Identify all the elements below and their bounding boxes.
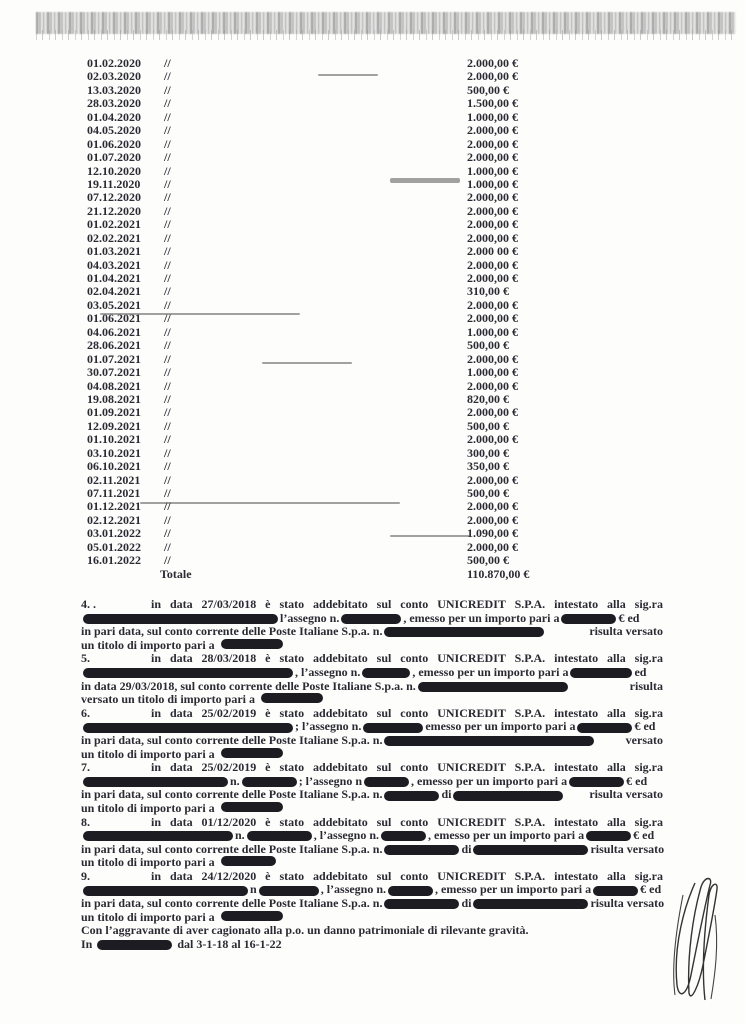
- redaction: [221, 639, 283, 649]
- redaction: [381, 831, 426, 841]
- payment-amount: 2.000,00 €: [467, 232, 518, 245]
- text: , l’assegno n.: [314, 828, 379, 842]
- redaction: [570, 668, 632, 678]
- redaction: [561, 614, 616, 624]
- payment-date: 28.06.2021: [87, 339, 157, 352]
- redaction: [221, 748, 283, 758]
- payment-amount: 500,00 €: [467, 554, 509, 567]
- payment-date: 02.11.2021: [87, 474, 157, 487]
- payment-separator: //: [164, 366, 171, 379]
- text: n: [250, 882, 257, 896]
- payment-amount: 1.000,00 €: [467, 111, 518, 124]
- payment-amount: 2.000,00 €: [467, 474, 518, 487]
- charge-paragraph-6: 6.in data 25/02/2019 è stato addebitato …: [81, 707, 663, 761]
- scan-speck: [100, 313, 300, 315]
- redaction: [83, 668, 293, 678]
- payment-date: 03.10.2021: [87, 447, 157, 460]
- payment-amount: 2.000,00 €: [467, 151, 518, 164]
- charge-paragraph-8: 8.in data 01/12/2020 è stato addebitato …: [81, 816, 663, 870]
- redaction: [384, 899, 459, 909]
- location-period: In dal 3-1-18 al 16-1-22: [81, 938, 663, 952]
- payment-amount: 1.000,00 €: [467, 165, 518, 178]
- text: , emesso per un importo pari a: [428, 828, 584, 842]
- payment-separator: //: [164, 474, 171, 487]
- payment-date: 01.06.2020: [87, 138, 157, 151]
- charge-number: 4. .: [81, 598, 151, 612]
- scan-speck: [140, 502, 400, 504]
- payment-separator: //: [164, 487, 171, 500]
- payment-amount: 2.000,00 €: [467, 514, 518, 527]
- payment-separator: //: [164, 97, 171, 110]
- location-prefix: In: [81, 937, 92, 951]
- scan-header-noise-lower: [36, 30, 736, 40]
- redaction: [83, 723, 293, 733]
- payment-amount: 2.000,00 €: [467, 433, 518, 446]
- payment-separator: //: [164, 339, 171, 352]
- payment-separator: //: [164, 541, 171, 554]
- text: € ed: [618, 611, 639, 625]
- charge-date-text: in data 24/12/2020 è stato addebitato su…: [151, 870, 663, 884]
- payment-separator: //: [164, 554, 171, 567]
- payment-amount: 350,00 €: [467, 460, 509, 473]
- payment-separator: //: [164, 393, 171, 406]
- payment-date: 02.03.2020: [87, 70, 157, 83]
- redaction: [363, 723, 423, 733]
- charge-paragraph-7: 7.in data 25/02/2019 è stato addebitato …: [81, 761, 663, 815]
- charge-number: 6.: [81, 707, 151, 721]
- text: risulta versato: [590, 897, 664, 911]
- payment-amount: 1.000,00 €: [467, 178, 518, 191]
- payment-date: 30.07.2021: [87, 366, 157, 379]
- scan-speck: [318, 74, 378, 76]
- redaction: [384, 845, 459, 855]
- redaction: [593, 886, 638, 896]
- payment-separator: //: [164, 353, 171, 366]
- payment-date: 01.10.2021: [87, 433, 157, 446]
- redaction: [384, 736, 594, 746]
- text: , emesso per un importo pari a: [403, 611, 559, 625]
- payment-date: 07.11.2021: [87, 487, 157, 500]
- text: un titolo di importo pari a: [81, 748, 215, 762]
- text: risulta versato: [589, 625, 663, 639]
- payment-separator: //: [164, 124, 171, 137]
- redaction: [83, 886, 248, 896]
- text: € ed: [633, 828, 654, 842]
- payment-date: 13.03.2020: [87, 84, 157, 97]
- payment-date: 04.06.2021: [87, 326, 157, 339]
- text: in pari data, sul conto corrente delle P…: [81, 787, 382, 801]
- text: , emesso per un importo pari a: [412, 665, 568, 679]
- redaction: [221, 911, 283, 921]
- redaction: [473, 845, 588, 855]
- text: , l’assegno n.: [321, 882, 386, 896]
- payment-date: 02.04.2021: [87, 285, 157, 298]
- redaction: [586, 831, 631, 841]
- aggravating-clause: Con l’aggravante di aver cagionato alla …: [81, 924, 663, 938]
- text: un titolo di importo pari a: [81, 911, 215, 925]
- text: n.: [235, 828, 245, 842]
- payment-amount: 2.000,00 €: [467, 299, 518, 312]
- text: ed: [634, 665, 646, 679]
- payment-amount: 310,00 €: [467, 285, 509, 298]
- charge-number: 8.: [81, 816, 151, 830]
- payment-date: 07.12.2020: [87, 191, 157, 204]
- text: versato un titolo di importo pari a: [81, 693, 255, 707]
- text: € ed: [634, 719, 655, 733]
- payment-date: 02.02.2021: [87, 232, 157, 245]
- payment-amount: 2.000,00 €: [467, 124, 518, 137]
- payment-separator: //: [164, 111, 171, 124]
- payment-separator: //: [164, 205, 171, 218]
- text: di: [461, 842, 471, 856]
- text: un titolo di importo pari a: [81, 802, 215, 816]
- text: , emesso per un importo pari a: [411, 774, 567, 788]
- payment-separator: //: [164, 514, 171, 527]
- payment-separator: //: [164, 232, 171, 245]
- payment-separator: //: [164, 447, 171, 460]
- payment-date: 06.10.2021: [87, 460, 157, 473]
- text: di: [441, 787, 451, 801]
- payment-amount: 1.500,00 €: [467, 97, 518, 110]
- total-label: Totale: [160, 568, 192, 581]
- payment-date: 01.02.2021: [87, 218, 157, 231]
- payment-separator: //: [164, 259, 171, 272]
- payment-amount: 2.000,00 €: [467, 406, 518, 419]
- redaction: [261, 693, 323, 703]
- redaction: [97, 940, 172, 950]
- redaction: [384, 627, 544, 637]
- scan-speck: [390, 535, 470, 537]
- payment-amount: 500,00 €: [467, 420, 509, 433]
- redaction: [221, 802, 283, 812]
- text: risulta: [630, 680, 663, 694]
- charge-date-text: in data 27/03/2018 è stato addebitato su…: [151, 598, 663, 612]
- payment-date: 04.05.2020: [87, 124, 157, 137]
- text: in pari data, sul conto corrente delle P…: [81, 842, 382, 856]
- payment-separator: //: [164, 420, 171, 433]
- payment-amount: 2.000,00 €: [467, 218, 518, 231]
- payment-date: 03.01.2022: [87, 527, 157, 540]
- payment-separator: //: [164, 299, 171, 312]
- payment-date: 01.07.2021: [87, 353, 157, 366]
- redaction: [83, 777, 228, 787]
- redaction: [362, 668, 410, 678]
- text: ; l’assegno n: [299, 774, 362, 788]
- text: in pari data, sul conto corrente delle P…: [81, 896, 382, 910]
- charge-paragraph-4: 4. .in data 27/03/2018 è stato addebitat…: [81, 598, 663, 652]
- payment-separator: //: [164, 70, 171, 83]
- charge-number: 9.: [81, 870, 151, 884]
- redaction: [577, 723, 632, 733]
- text: un titolo di importo pari a: [81, 639, 215, 653]
- payment-amount: 2.000,00 €: [467, 205, 518, 218]
- payment-separator: //: [164, 527, 171, 540]
- payment-separator: //: [164, 285, 171, 298]
- charge-date-text: in data 28/03/2018 è stato addebitato su…: [151, 652, 663, 666]
- payment-date: 12.09.2021: [87, 420, 157, 433]
- text: risulta versato: [589, 788, 663, 802]
- redaction: [473, 899, 588, 909]
- payment-separator: //: [164, 380, 171, 393]
- text: un titolo di importo pari a: [81, 856, 215, 870]
- payment-date: 01.02.2020: [87, 57, 157, 70]
- payment-date: 28.03.2020: [87, 97, 157, 110]
- payment-date: 03.05.2021: [87, 299, 157, 312]
- redaction: [384, 791, 439, 801]
- payment-date: 04.03.2021: [87, 259, 157, 272]
- handwritten-signature: [665, 875, 725, 1005]
- text: l’assegno n.: [280, 611, 339, 625]
- charges-section: 4. .in data 27/03/2018 è stato addebitat…: [81, 598, 663, 951]
- payment-separator: //: [164, 191, 171, 204]
- text: versato: [626, 734, 663, 748]
- text: ; l’assegno n.: [295, 719, 361, 733]
- payment-separator: //: [164, 460, 171, 473]
- charge-date-text: in data 25/02/2019 è stato addebitato su…: [151, 707, 663, 721]
- payment-amount: 2.000,00 €: [467, 138, 518, 151]
- payment-date: 01.09.2021: [87, 406, 157, 419]
- payment-date: 01.03.2021: [87, 245, 157, 258]
- text: , l’assegno n.: [295, 665, 360, 679]
- payment-date: 02.12.2021: [87, 514, 157, 527]
- payment-separator: //: [164, 245, 171, 258]
- payment-amount: 500,00 €: [467, 487, 509, 500]
- text: € ed: [626, 774, 647, 788]
- text: emesso per un importo pari a: [425, 719, 575, 733]
- payment-separator: //: [164, 326, 171, 339]
- payment-date: 04.08.2021: [87, 380, 157, 393]
- payment-amount: 2.000,00 €: [467, 380, 518, 393]
- redaction: [453, 791, 563, 801]
- payment-separator: //: [164, 165, 171, 178]
- payment-separator: //: [164, 406, 171, 419]
- text: in pari data, sul conto corrente delle P…: [81, 624, 382, 638]
- payment-date: 21.12.2020: [87, 205, 157, 218]
- charge-paragraph-9: 9.in data 24/12/2020 è stato addebitato …: [81, 870, 663, 924]
- payment-amount: 1.000,00 €: [467, 366, 518, 379]
- payment-date: 16.01.2022: [87, 554, 157, 567]
- text: di: [461, 896, 471, 910]
- redaction: [259, 886, 319, 896]
- charge-paragraph-5: 5.in data 28/03/2018 è stato addebitato …: [81, 652, 663, 706]
- text: in data 29/03/2018, sul conto corrente d…: [81, 679, 416, 693]
- payment-separator: //: [164, 138, 171, 151]
- redaction: [388, 886, 433, 896]
- redaction: [242, 777, 297, 787]
- charge-number: 7.: [81, 761, 151, 775]
- text: risulta versato: [590, 843, 664, 857]
- redaction: [364, 777, 409, 787]
- redaction: [221, 856, 276, 866]
- redaction: [83, 614, 278, 624]
- scan-speck: [262, 362, 352, 364]
- text: € ed: [640, 882, 661, 896]
- text: n.: [230, 774, 240, 788]
- payment-amount: 1.000,00 €: [467, 326, 518, 339]
- redaction: [247, 831, 312, 841]
- payment-separator: //: [164, 84, 171, 97]
- payment-amount: 820,00 €: [467, 393, 509, 406]
- payment-amount: 2.000,00 €: [467, 312, 518, 325]
- payment-amount: 1.090,00 €: [467, 527, 518, 540]
- payment-separator: //: [164, 433, 171, 446]
- payment-date: 12.10.2020: [87, 165, 157, 178]
- payment-separator: //: [164, 218, 171, 231]
- charge-date-text: in data 01/12/2020 è stato addebitato su…: [151, 816, 663, 830]
- payment-amount: 500,00 €: [467, 339, 509, 352]
- payment-date: 19.08.2021: [87, 393, 157, 406]
- payment-separator: //: [164, 272, 171, 285]
- scan-speck: [390, 178, 460, 183]
- payment-amount: 2.000,00 €: [467, 272, 518, 285]
- payment-amount: 2.000 00 €: [467, 245, 518, 258]
- redaction: [418, 682, 568, 692]
- redaction: [341, 614, 401, 624]
- payment-amount: 300,00 €: [467, 447, 509, 460]
- payment-date: 01.07.2020: [87, 151, 157, 164]
- payment-separator: //: [164, 151, 171, 164]
- payment-amount: 500,00 €: [467, 84, 509, 97]
- charge-number: 5.: [81, 652, 151, 666]
- payment-date: 19.11.2020: [87, 178, 157, 191]
- payment-amount: 2.000,00 €: [467, 500, 518, 513]
- redaction: [569, 777, 624, 787]
- payment-separator: //: [164, 57, 171, 70]
- payment-amount: 2.000,00 €: [467, 191, 518, 204]
- payment-date: 01.04.2021: [87, 272, 157, 285]
- payment-date: 05.01.2022: [87, 541, 157, 554]
- period-text: dal 3-1-18 al 16-1-22: [177, 937, 281, 951]
- text: in pari data, sul conto corrente delle P…: [81, 733, 382, 747]
- payment-amount: 2.000,00 €: [467, 70, 518, 83]
- payment-separator: //: [164, 178, 171, 191]
- payment-amount: 2.000,00 €: [467, 353, 518, 366]
- payment-amount: 2.000,00 €: [467, 259, 518, 272]
- total-amount: 110.870,00 €: [467, 568, 529, 581]
- text: , emesso per un importo pari a: [435, 882, 591, 896]
- payment-date: 01.04.2020: [87, 111, 157, 124]
- payment-amount: 2.000,00 €: [467, 57, 518, 70]
- payment-amount: 2.000,00 €: [467, 541, 518, 554]
- redaction: [83, 831, 233, 841]
- charge-date-text: in data 25/02/2019 è stato addebitato su…: [151, 761, 663, 775]
